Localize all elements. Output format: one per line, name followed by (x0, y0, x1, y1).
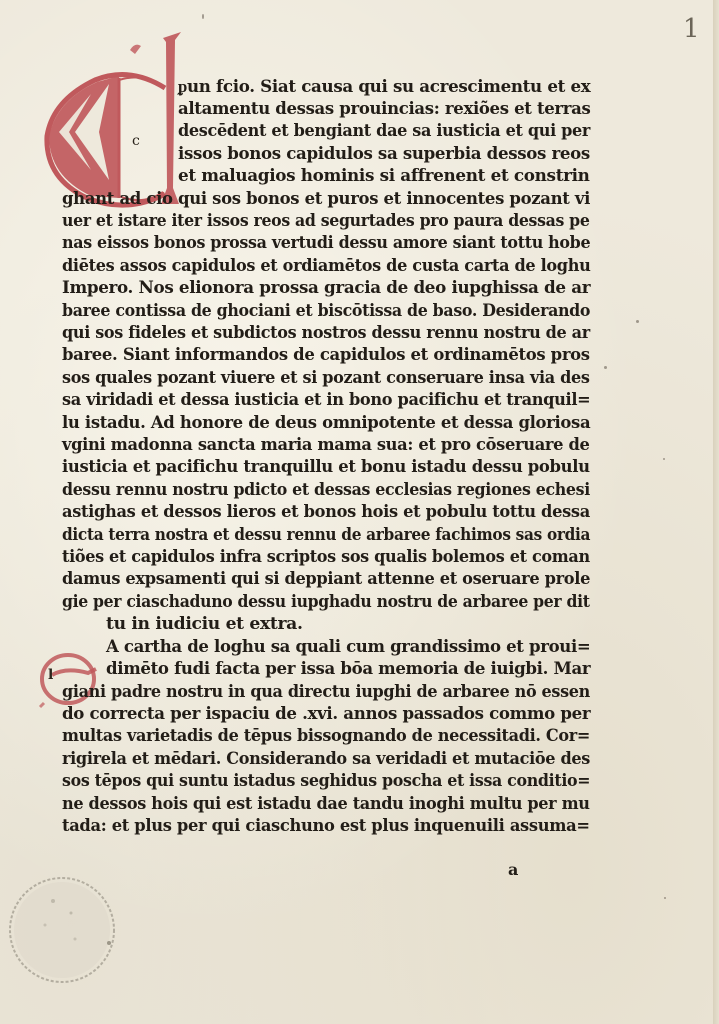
paper-speck (663, 458, 665, 460)
text-line: giani padre nostru in qua directu iupghi… (62, 681, 590, 703)
text-line: tiões et capidulos infra scriptos sos qu… (62, 546, 590, 568)
text-line: astighas et dessos lieros et bonos hois … (62, 501, 590, 523)
text-line: iusticia et pacifichu tranquillu et bonu… (62, 456, 590, 478)
text-line: do correcta per ispaciu de .xvi. annos p… (62, 703, 590, 725)
library-stamp-icon (5, 873, 120, 988)
paper-speck (604, 366, 607, 369)
paper-speck (664, 897, 666, 899)
text-line: dimēto fudi facta per issa bōa memoria d… (106, 658, 590, 680)
text-line: tada: et plus per qui ciaschuno est plus… (62, 815, 590, 837)
text-line: dessu rennu nostru pdicto et dessas eccl… (62, 479, 590, 501)
text-line: nas eissos bonos prossa vertudi dessu am… (62, 232, 590, 254)
text-line: multas varietadis de tēpus bissognando d… (62, 725, 590, 747)
decorated-initial-c-icon: c (35, 28, 195, 208)
text-line: et maluagios hominis si affrenent et con… (178, 165, 590, 187)
text-line: lu istadu. Ad honore de deus omnipotente… (62, 412, 590, 434)
text-line: baree. Siant informandos de capidulos et… (62, 344, 590, 366)
text-line: sos quales pozant viuere et si pozant co… (62, 367, 590, 389)
text-line: ne dessos hois qui est istadu dae tandu … (62, 793, 590, 815)
text-line: Impero. Nos elionora prossa gracia de de… (62, 277, 590, 299)
text-line: rigirela et mēdari. Considerando sa veri… (62, 748, 590, 770)
text-line: qui sos fideles et subdictos nostros des… (62, 322, 590, 344)
text-line: issos bonos capidulos sa superbia dessos… (178, 143, 590, 165)
text-line: dicta terra nostra et dessu rennu de arb… (62, 524, 590, 546)
text-line: ghant ad cio qui sos bonos et puros et i… (62, 188, 590, 210)
text-line: uer et istare iter issos reos ad segurta… (62, 210, 590, 232)
guide-letter: c (132, 133, 140, 149)
text-line: diētes assos capidulos et ordiamētos de … (62, 255, 590, 277)
text-line: damus expsamenti qui si deppiant attenne… (62, 568, 590, 590)
text-line: altamentu dessas prouincias: rexiões et … (178, 98, 590, 120)
svg-text:l: l (48, 667, 53, 683)
text-line: A cartha de loghu sa quali cum grandissi… (106, 636, 590, 658)
text-line: baree contissa de ghociani et biscōtissa… (62, 300, 590, 322)
text-line: sa viridadi et dessa iusticia et in bono… (62, 389, 590, 411)
text-line: ᵱun fcio. Siat causa qui su acrescimentu… (178, 76, 578, 98)
text-line: vgini madonna sancta maria mama sua: et … (62, 434, 590, 456)
manuscript-page: 1 c l ᵱun fcio. Siat causa qui su acresc… (0, 0, 713, 1024)
paper-speck (636, 320, 639, 323)
signature-mark: a (508, 860, 518, 879)
text-line: tu in iudiciu et extra. (106, 613, 303, 635)
text-line: descēdent et bengiant dae sa iusticia et… (178, 120, 590, 142)
paper-speck (202, 14, 204, 19)
page-edge (713, 0, 719, 1024)
text-line: gie per ciaschaduno dessu iupghadu nostr… (62, 591, 590, 613)
folio-number: 1 (683, 14, 700, 44)
text-line: sos tēpos qui suntu istadus seghidus pos… (62, 770, 590, 792)
